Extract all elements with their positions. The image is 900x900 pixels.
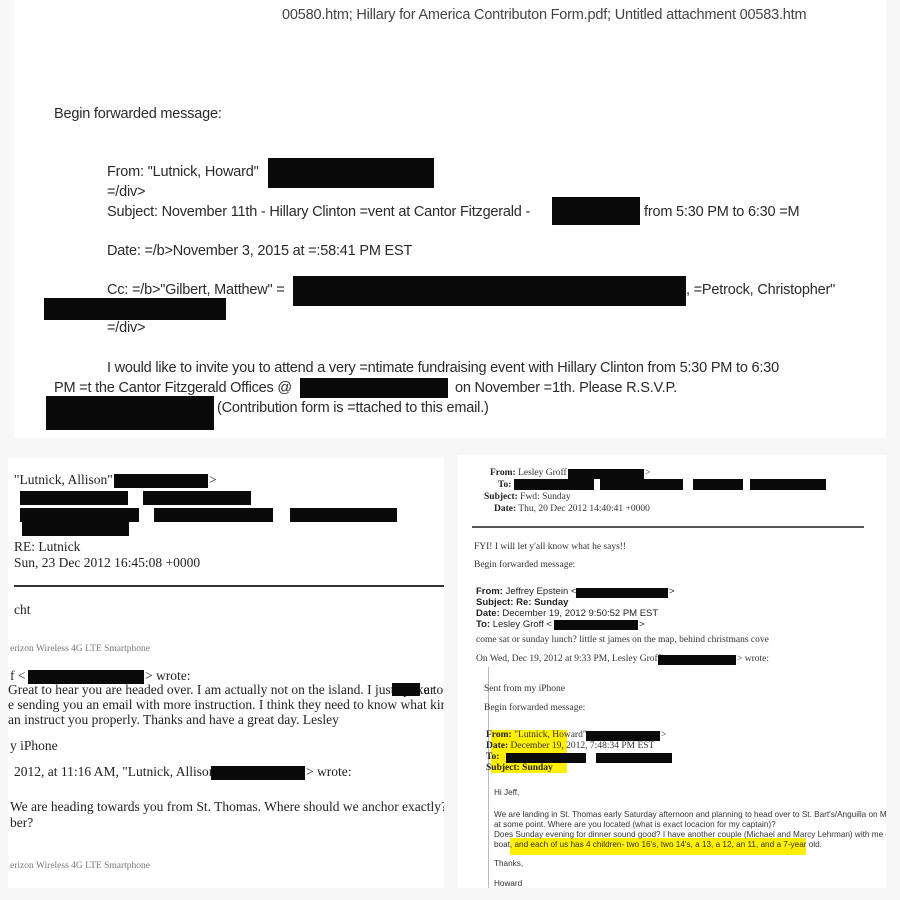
angle-bracket: > <box>669 586 675 597</box>
invite-body-line-2-prefix: PM =t the Cantor Fitzgerald Offices @ <box>54 380 292 396</box>
subject-line: RE: Lutnick <box>14 539 80 555</box>
angle-bracket: > <box>645 468 650 478</box>
attachments-line: 00580.htm; Hillary for America Contribut… <box>282 7 806 23</box>
redaction-block <box>114 474 208 488</box>
header-from: From: Lesley Groff < <box>490 468 574 478</box>
redaction-block <box>552 197 640 225</box>
date-value: Thu, 20 Dec 2012 14:40:41 +0000 <box>518 504 649 514</box>
quoted-header-suffix: > wrote: <box>306 764 351 780</box>
div-close-2: =/div> <box>107 320 145 336</box>
fwd1-to-label: To: <box>476 619 490 630</box>
header-divider <box>472 526 864 528</box>
redaction-block <box>20 491 128 505</box>
redaction-block <box>506 753 586 763</box>
closing: Thanks, <box>494 859 523 868</box>
quoted-line-1: We are heading towards you from St. Thom… <box>10 799 444 815</box>
header-to: To: <box>498 480 511 490</box>
bottom-right-email-panel: From: Lesley Groff < > To: Subject: Fwd:… <box>458 455 886 888</box>
fwd1-from: From: Jeffrey Epstein < <box>476 586 576 597</box>
fwd1-date: Date: December 19, 2012 9:50:52 PM EST <box>476 608 658 619</box>
reply-line-3: an instruct you properly. Thanks and hav… <box>8 712 339 728</box>
fwd2-date-label: Date: <box>486 741 508 751</box>
subject-line: Subject: November 11th - Hillary Clinton… <box>107 204 530 220</box>
fwd2-subject: Subject: Sunday <box>486 763 553 773</box>
fwd2-date: Date: December 19, 2012, 7:48:34 PM EST <box>486 741 654 751</box>
invite-body-line-2-suffix: on November =1th. Please R.S.V.P. <box>455 380 677 396</box>
angle-bracket: > <box>639 619 645 630</box>
subject-label: Subject: <box>484 492 518 502</box>
fwd1-date-value: December 19, 2012 9:50:52 PM EST <box>502 608 658 619</box>
fragment-text: cht <box>14 602 31 618</box>
quoted-line-2: ber? <box>10 815 33 831</box>
invite-body-line-3: (Contribution form is =ttached to this e… <box>217 400 489 416</box>
sent-from-line: y iPhone <box>10 738 58 754</box>
lutnick-body-line-2: at some point. Where are you located (wh… <box>494 820 776 829</box>
begin-forwarded-1: Begin forwarded message: <box>474 560 575 570</box>
fwd1-date-label: Date: <box>476 608 500 619</box>
div-close-1: =/div> <box>107 184 145 200</box>
angle-bracket: > <box>209 472 217 488</box>
fwd1-from-label: From: <box>476 586 503 597</box>
fwd1-to: To: Lesley Groff < <box>476 619 552 630</box>
fyi-line: FYI! I will let y'all know what he says!… <box>474 542 626 552</box>
subject-value: Fwd: Sunday <box>520 492 570 502</box>
subject-prefix: Subject: November 11th - Hillary Clinton… <box>107 204 530 220</box>
cc-prefix: Cc: =/b>"Gilbert, Matthew" = <box>107 282 285 298</box>
redaction-block <box>693 479 743 490</box>
redaction-block <box>22 522 129 536</box>
redaction-block <box>44 298 226 320</box>
fwd2-to-label: To: <box>486 752 499 762</box>
redaction-block <box>300 378 448 398</box>
begin-forwarded-heading: Begin forwarded message: <box>54 106 222 122</box>
date-line: Date: =/b>November 3, 2015 at =:58:41 PM… <box>107 243 412 259</box>
quote-bar <box>488 667 489 888</box>
from-value: Lesley Groff < <box>518 468 574 478</box>
redaction-block <box>392 683 420 696</box>
fwd2-from-value: "Lutnick, Howard" < <box>514 730 594 740</box>
redaction-block <box>586 731 660 741</box>
signature-line: erizon Wireless 4G LTE Smartphone <box>10 644 150 654</box>
reply-line-1-tail: ar <box>424 682 435 698</box>
header-divider <box>14 585 444 587</box>
invite-body-line-1: I would like to invite you to attend a v… <box>107 360 779 376</box>
greeting: Hi Jeff, <box>494 788 519 797</box>
quoted-header-prefix: 2012, at 11:16 AM, "Lutnick, Allison" < <box>14 764 232 780</box>
fwd2-subject-label: Subject: <box>486 763 520 773</box>
from-label: From: "Lutnick, Howard" <box>107 164 259 180</box>
angle-bracket: > <box>661 730 666 740</box>
fwd2-to: To: <box>486 752 499 762</box>
begin-forwarded-2: Begin forwarded message: <box>484 703 585 713</box>
redaction-block <box>154 508 273 522</box>
bottom-left-email-panel: "Lutnick, Allison" < > RE: Lutnick Sun, … <box>8 458 444 888</box>
redaction-block <box>20 508 139 522</box>
reply-line-2: e sending you an email with more instruc… <box>8 697 444 713</box>
subject-suffix: from 5:30 PM to 6:30 =M <box>644 204 799 220</box>
date-line: Sun, 23 Dec 2012 16:45:08 +0000 <box>14 555 200 571</box>
redaction-block <box>211 766 305 780</box>
cc-suffix: , =Petrock, Christopher" <box>686 282 835 298</box>
redaction-block <box>658 655 736 665</box>
fwd1-subject-value: Re: Sunday <box>516 597 568 608</box>
fwd1-from-value: Jeffrey Epstein < <box>506 586 577 597</box>
header-subject: Subject: Fwd: Sunday <box>484 492 571 502</box>
signature-line: erizon Wireless 4G LTE Smartphone <box>10 861 150 871</box>
redaction-block <box>750 479 826 490</box>
redaction-block <box>554 620 638 630</box>
from-line: From: "Lutnick, Howard" <box>107 164 259 180</box>
fwd2-from-label: From: <box>486 730 512 740</box>
epstein-reply-line: come sat or sunday lunch? little st jame… <box>476 635 769 645</box>
fwd1-subject: Subject: Re: Sunday <box>476 597 568 608</box>
fwd2-subject-value: Sunday <box>522 763 553 773</box>
from-line: "Lutnick, Allison" < <box>14 472 124 488</box>
reply-line-1: Great to hear you are headed over. I am … <box>8 682 443 698</box>
fwd2-from: From: "Lutnick, Howard" < <box>486 730 594 740</box>
redaction-block <box>46 396 214 430</box>
lutnick-body-line-4: boat, and each of us has 4 children- two… <box>494 840 822 849</box>
date-label: Date: <box>494 504 516 514</box>
lutnick-body-line-3: Does Sunday evening for dinner sound goo… <box>494 830 886 839</box>
fwd1-subject-label: Subject: <box>476 597 513 608</box>
on-wrote-suffix: > wrote: <box>737 654 769 664</box>
fwd2-date-value: December 19, 2012, 7:48:34 PM EST <box>511 741 655 751</box>
redaction-block <box>514 479 594 490</box>
to-label: To: <box>498 480 511 490</box>
top-email-panel: 00580.htm; Hillary for America Contribut… <box>14 0 886 438</box>
lutnick-body-line-1: We are landing in St. Thomas early Satur… <box>494 810 886 819</box>
redaction-block <box>576 588 668 598</box>
signature: Howard <box>494 879 522 888</box>
redaction-block <box>596 753 672 763</box>
redaction-block <box>143 491 251 505</box>
fwd1-to-value: Lesley Groff < <box>493 619 552 630</box>
from-label: From: <box>490 468 516 478</box>
redaction-block <box>293 276 686 306</box>
header-date: Date: Thu, 20 Dec 2012 14:40:41 +0000 <box>494 504 650 514</box>
redaction-block <box>268 158 434 188</box>
redaction-block <box>290 508 397 522</box>
sent-from-line: Sent from my iPhone <box>484 684 565 694</box>
redaction-block <box>600 479 683 490</box>
on-wrote-prefix: On Wed, Dec 19, 2012 at 9:33 PM, Lesley … <box>476 654 668 664</box>
redaction-block <box>568 469 644 479</box>
